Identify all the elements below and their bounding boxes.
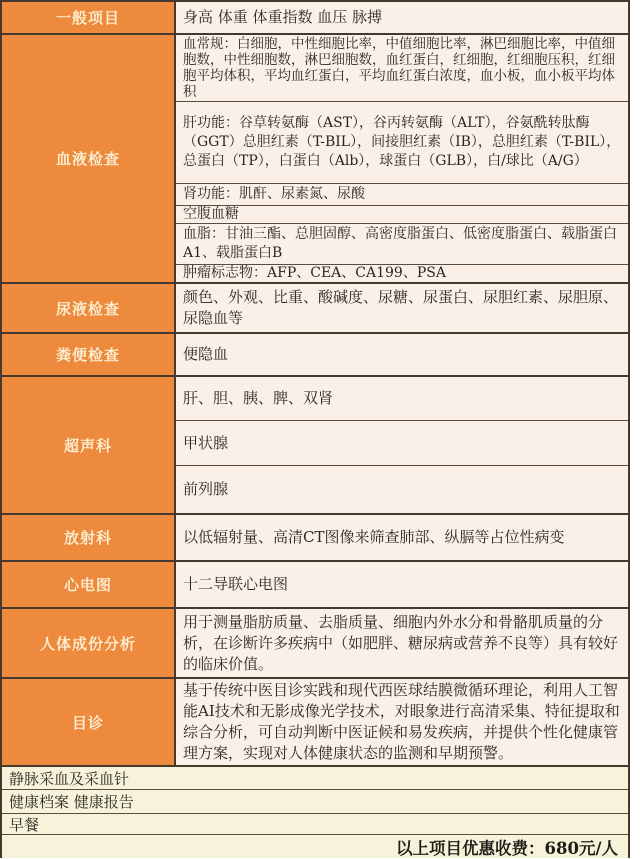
item-cell-thyroid: 甲状腺 [176, 421, 628, 466]
item-cell-ecg: 十二导联心电图 [176, 562, 628, 607]
section-label-blood: 血液检查 [2, 35, 176, 282]
section-eye-diagnosis: 目诊 基于传统中医目诊实践和现代西医球结膜微循环理论，利用人工智能AI技术和无影… [2, 679, 628, 767]
section-label-ecg: 心电图 [2, 562, 176, 607]
item-cell-blood-lipids: 血脂：甘油三酯、总胆固醇、高密度脂蛋白、低密度脂蛋白、载脂蛋白A1、载脂蛋白B [176, 224, 628, 265]
section-ultrasound: 超声科 肝、胆、胰、脾、双肾 甲状腺 前列腺 [2, 377, 628, 515]
section-ecg: 心电图 十二导联心电图 [2, 562, 628, 609]
item-cell-liver-function: 肝功能：谷草转氨酶（AST），谷丙转氨酶（ALT），谷氨酰转肽酶（GGT）总胆红… [176, 102, 628, 184]
item-cell-general: 身高 体重 体重指数 血压 脉搏 [176, 2, 628, 33]
item-cell-prostate: 前列腺 [176, 466, 628, 513]
item-cell-tumor-markers: 肿瘤标志物：AFP、CEA、CA199、PSA [176, 265, 628, 282]
section-label-body-composition: 人体成份分析 [2, 609, 176, 677]
section-label-general: 一般项目 [2, 2, 176, 33]
section-stool: 粪便检查 便隐血 [2, 334, 628, 377]
section-label-stool: 粪便检查 [2, 334, 176, 375]
item-cell-eye-diagnosis: 基于传统中医目诊实践和现代西医球结膜微循环理论，利用人工智能AI技术和无影成像光… [176, 679, 628, 765]
price-footer: 以上项目优惠收费：680元/人 [2, 835, 628, 858]
section-radiology: 放射科 以低辐射量、高清CT图像来筛查肺部、纵膈等占位性病变 [2, 515, 628, 562]
section-urine: 尿液检查 颜色、外观、比重、酸碱度、尿糖、尿蛋白、尿胆红素、尿胆原、尿隐血等 [2, 284, 628, 334]
item-cell-body-composition: 用于测量脂肪质量、去脂质量、细胞内外水分和骨骼肌质量的分析，在诊断许多疾病中（如… [176, 609, 628, 677]
item-cell-stool: 便隐血 [176, 334, 628, 375]
item-cell-ct: 以低辐射量、高清CT图像来筛查肺部、纵膈等占位性病变 [176, 515, 628, 560]
section-blood: 血液检查 血常规：白细胞，中性细胞比率，中值细胞比率，淋巴细胞比率，中值细胞数，… [2, 35, 628, 284]
section-label-eye-diagnosis: 目诊 [2, 679, 176, 765]
item-cell-abdomen: 肝、胆、胰、脾、双肾 [176, 377, 628, 421]
row-health-record: 健康档案 健康报告 [2, 790, 628, 814]
item-cell-urine: 颜色、外观、比重、酸碱度、尿糖、尿蛋白、尿胆红素、尿胆原、尿隐血等 [176, 284, 628, 332]
section-label-ultrasound: 超声科 [2, 377, 176, 513]
row-blood-draw: 静脉采血及采血针 [2, 767, 628, 790]
item-cell-blood-routine: 血常规：白细胞，中性细胞比率，中值细胞比率，淋巴细胞比率，中值细胞数，中性细胞数… [176, 35, 628, 102]
section-label-radiology: 放射科 [2, 515, 176, 560]
item-cell-kidney-function: 肾功能：肌酐、尿素氮、尿酸 [176, 184, 628, 206]
checkup-package-table: 一般项目 身高 体重 体重指数 血压 脉搏 血液检查 血常规：白细胞，中性细胞比… [0, 0, 630, 858]
section-body-composition: 人体成份分析 用于测量脂肪质量、去脂质量、细胞内外水分和骨骼肌质量的分析，在诊断… [2, 609, 628, 679]
row-breakfast: 早餐 [2, 814, 628, 835]
section-general: 一般项目 身高 体重 体重指数 血压 脉搏 [2, 2, 628, 35]
section-label-urine: 尿液检查 [2, 284, 176, 332]
item-cell-fasting-glucose: 空腹血糖 [176, 206, 628, 224]
